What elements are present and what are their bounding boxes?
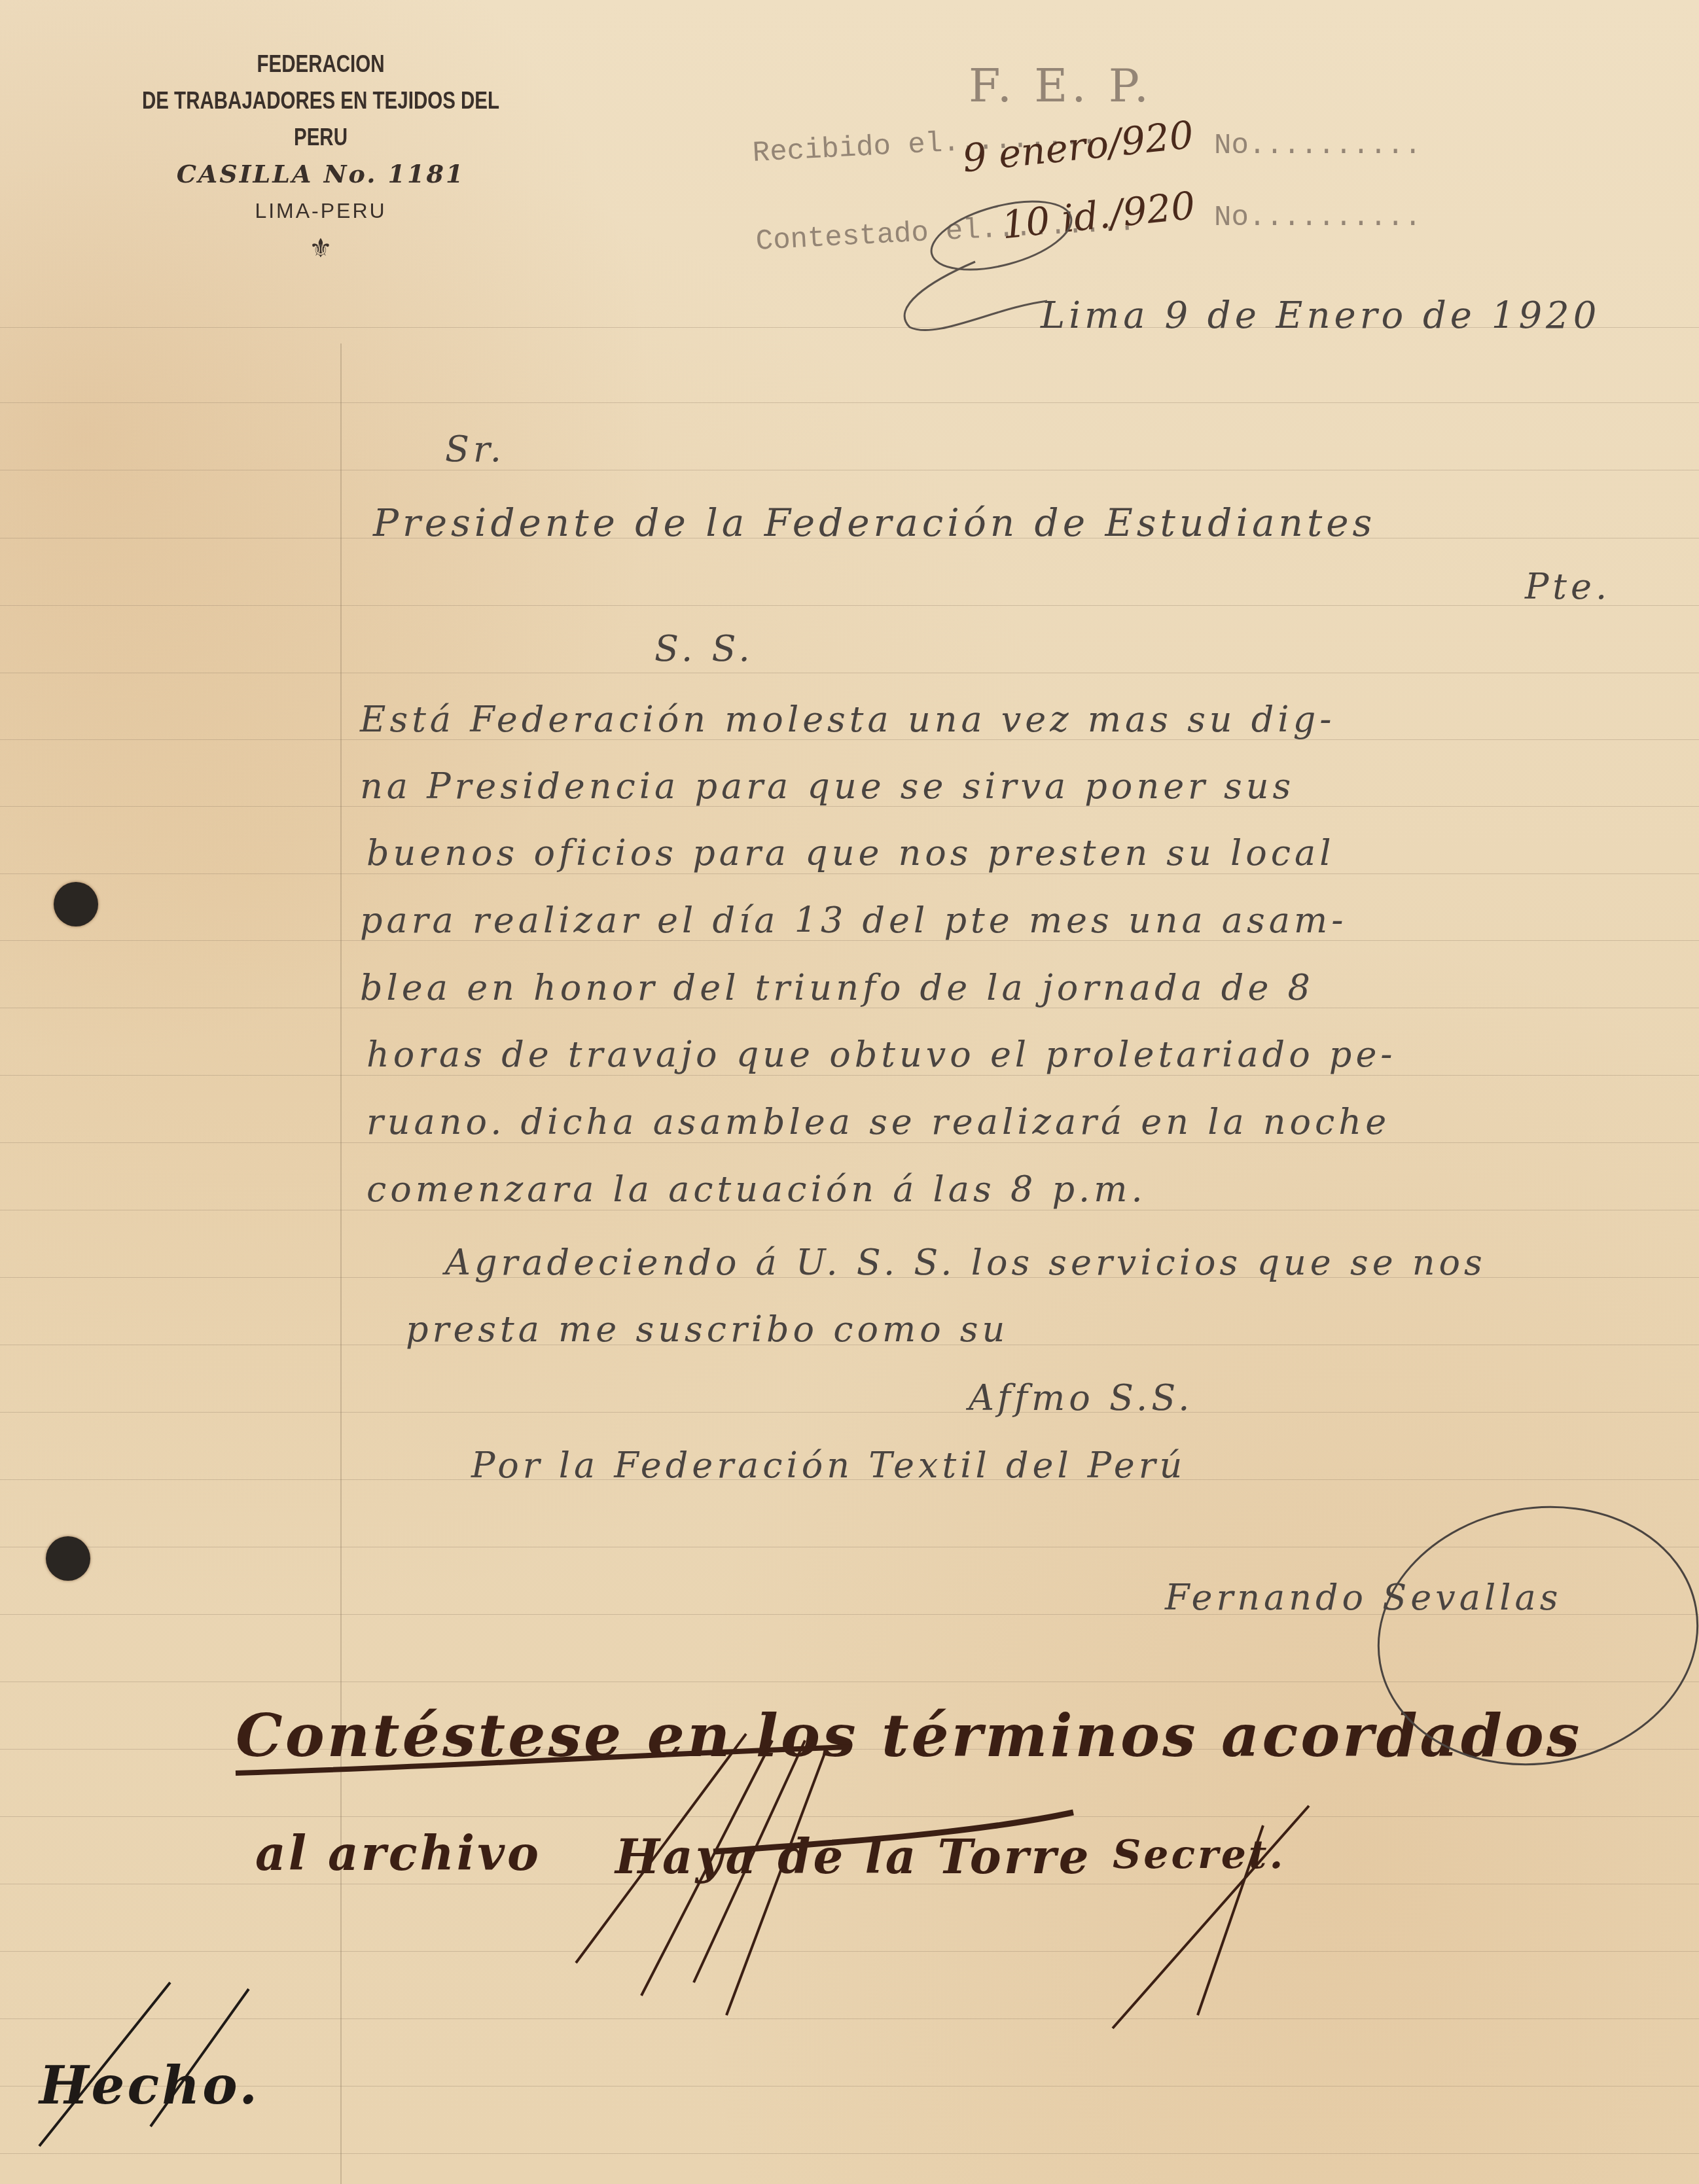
letterhead-po-box: CASILLA No. 1181 [85,156,556,192]
annotation-secretary: Secret. [1113,1832,1285,1878]
salutation-recipient: Presidente de la Federación de Estudiant… [373,501,1376,545]
salutation-location: Pte. [1525,566,1611,607]
body-line: comenzara la actuación á las 8 p.m. [367,1169,1147,1210]
annotation-done: Hecho. [39,2054,260,2116]
letterhead: FEDERACION DE TRABAJADORES EN TEJIDOS DE… [85,46,556,268]
letterhead-city: LIMA-PERU [85,192,556,229]
letterhead-line-2: DE TRABAJADORES EN TEJIDOS DEL PERU [128,82,514,156]
annotation-signature: Haya de la Torre [615,1829,1092,1884]
closing-line: presta me suscribo como su [406,1309,1009,1350]
punch-hole-top [54,882,98,926]
honorific: S. S. [654,628,754,669]
margin-line [340,343,342,2184]
salutation-title: Sr. [445,429,505,470]
body-line: ruano. dicha asamblea se realizará en la… [367,1101,1390,1142]
annotation-archive: al archivo [255,1825,541,1881]
stamp-received-number: No.......... [1214,130,1422,162]
sender-signature: Fernando Sevallas [1165,1577,1562,1618]
body-line: buenos oficios para que nos presten su l… [367,832,1335,873]
fleur-de-lis-icon: ⚜ [85,229,556,268]
body-line: blea en honor del triunfo de la jornada … [360,967,1314,1008]
org-signoff: Por la Federación Textil del Perú [471,1445,1186,1486]
stamp-dots: ......... [1266,130,1422,162]
stamp-number-label: No. [1214,202,1266,234]
annotation-instruction: Contéstese en los términos acordados [236,1701,1583,1770]
letterhead-line-1: FEDERACION [128,46,514,82]
place-date: Lima 9 de Enero de 1920 [1041,294,1600,337]
body-line: na Presidencia para que se sirva poner s… [360,766,1295,807]
punch-hole-bottom [46,1536,90,1581]
valediction: Affmo S.S. [969,1377,1193,1418]
stamp-answered-number: No.......... [1214,202,1422,234]
stamp-title: F. E. P. [969,59,1153,113]
body-line: para realizar el día 13 del pte mes una … [360,900,1347,941]
closing-line: Agradeciendo á U. S. S. los servicios qu… [445,1242,1486,1283]
body-line: horas de travajo que obtuvo el proletari… [367,1034,1397,1075]
body-line: Está Federación molesta una vez mas su d… [360,699,1335,740]
stamp-number-label: No. [1214,130,1266,162]
stamp-dots: ......... [1266,202,1422,234]
